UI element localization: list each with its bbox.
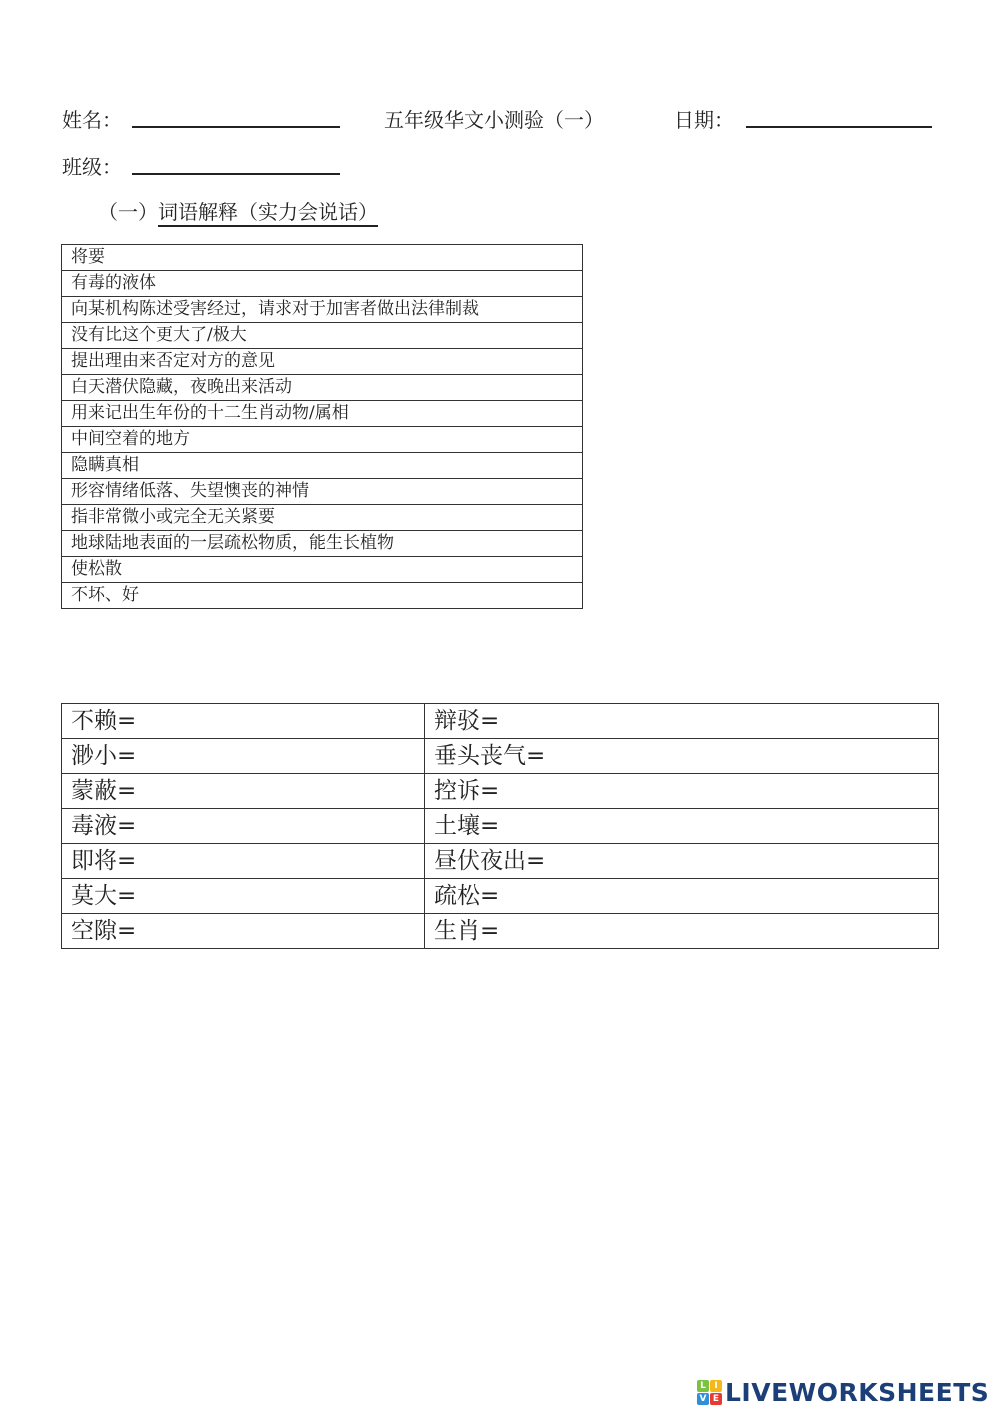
logo-letter-i: I — [710, 1380, 722, 1392]
table-row: 向某机构陈述受害经过，请求对于加害者做出法律制裁 — [62, 297, 583, 323]
table-row: 用来记出生年份的十二生肖动物/属相 — [62, 401, 583, 427]
table-row: 空隙= 生肖= — [62, 914, 939, 949]
live-blocks-icon: L I V E — [697, 1380, 722, 1405]
definition-cell: 提出理由来否定对方的意见 — [62, 349, 583, 375]
table-row: 隐瞒真相 — [62, 453, 583, 479]
word-answer-cell[interactable]: 毒液= — [62, 809, 425, 844]
definition-cell: 使松散 — [62, 557, 583, 583]
table-row: 指非常微小或完全无关紧要 — [62, 505, 583, 531]
word-answer-cell[interactable]: 土壤= — [425, 809, 939, 844]
table-row: 中间空着的地方 — [62, 427, 583, 453]
word-answer-cell[interactable]: 疏松= — [425, 879, 939, 914]
word-answer-cell[interactable]: 辩驳= — [425, 704, 939, 739]
definition-cell: 隐瞒真相 — [62, 453, 583, 479]
table-row: 白天潜伏隐藏，夜晚出来活动 — [62, 375, 583, 401]
word-answer-cell[interactable]: 生肖= — [425, 914, 939, 949]
definition-cell: 不坏、好 — [62, 583, 583, 609]
date-input-blank[interactable] — [746, 108, 932, 128]
word-answer-cell[interactable]: 空隙= — [62, 914, 425, 949]
class-input-blank[interactable] — [132, 155, 340, 175]
table-row: 即将= 昼伏夜出= — [62, 844, 939, 879]
table-row: 地球陆地表面的一层疏松物质，能生长植物 — [62, 531, 583, 557]
liveworksheets-logo: L I V E LIVEWORKSHEETS — [697, 1378, 989, 1407]
table-row: 形容情绪低落、失望懊丧的神情 — [62, 479, 583, 505]
table-row: 没有比这个更大了/极大 — [62, 323, 583, 349]
table-row: 将要 — [62, 245, 583, 271]
definition-cell: 有毒的液体 — [62, 271, 583, 297]
word-answer-cell[interactable]: 蒙蔽= — [62, 774, 425, 809]
definition-cell: 将要 — [62, 245, 583, 271]
name-label: 姓名： — [62, 108, 122, 132]
word-answer-cell[interactable]: 垂头丧气= — [425, 739, 939, 774]
definition-cell: 白天潜伏隐藏，夜晚出来活动 — [62, 375, 583, 401]
definition-cell: 形容情绪低落、失望懊丧的神情 — [62, 479, 583, 505]
table-row: 渺小= 垂头丧气= — [62, 739, 939, 774]
word-answer-cell[interactable]: 昼伏夜出= — [425, 844, 939, 879]
words-answer-table: 不赖= 辩驳= 渺小= 垂头丧气= 蒙蔽= 控诉= 毒液= 土壤= 即将= 昼伏… — [61, 703, 939, 949]
definition-cell: 中间空着的地方 — [62, 427, 583, 453]
section-title: 词语解释（实力会说话） — [158, 200, 378, 227]
logo-letter-l: L — [697, 1380, 709, 1392]
word-answer-cell[interactable]: 渺小= — [62, 739, 425, 774]
table-row: 不赖= 辩驳= — [62, 704, 939, 739]
table-row: 有毒的液体 — [62, 271, 583, 297]
quiz-title: 五年级华文小测验（一） — [384, 108, 604, 132]
logo-letter-e: E — [710, 1393, 722, 1405]
word-answer-cell[interactable]: 控诉= — [425, 774, 939, 809]
word-answer-cell[interactable]: 不赖= — [62, 704, 425, 739]
definition-cell: 用来记出生年份的十二生肖动物/属相 — [62, 401, 583, 427]
definition-cell: 没有比这个更大了/极大 — [62, 323, 583, 349]
name-input-blank[interactable] — [132, 108, 340, 128]
definition-cell: 地球陆地表面的一层疏松物质，能生长植物 — [62, 531, 583, 557]
logo-letter-v: V — [697, 1393, 709, 1405]
table-row: 不坏、好 — [62, 583, 583, 609]
definition-cell: 指非常微小或完全无关紧要 — [62, 505, 583, 531]
word-answer-cell[interactable]: 即将= — [62, 844, 425, 879]
definition-cell: 向某机构陈述受害经过，请求对于加害者做出法律制裁 — [62, 297, 583, 323]
section-number: （一） — [98, 200, 158, 224]
table-row: 蒙蔽= 控诉= — [62, 774, 939, 809]
section-heading: （一）词语解释（实力会说话） — [98, 200, 378, 224]
date-label: 日期： — [674, 108, 734, 132]
word-answer-cell[interactable]: 莫大= — [62, 879, 425, 914]
logo-text: LIVEWORKSHEETS — [725, 1378, 989, 1407]
table-row: 莫大= 疏松= — [62, 879, 939, 914]
table-row: 使松散 — [62, 557, 583, 583]
table-row: 提出理由来否定对方的意见 — [62, 349, 583, 375]
table-row: 毒液= 土壤= — [62, 809, 939, 844]
class-label: 班级： — [62, 155, 122, 179]
definitions-table: 将要 有毒的液体 向某机构陈述受害经过，请求对于加害者做出法律制裁 没有比这个更… — [61, 244, 583, 609]
